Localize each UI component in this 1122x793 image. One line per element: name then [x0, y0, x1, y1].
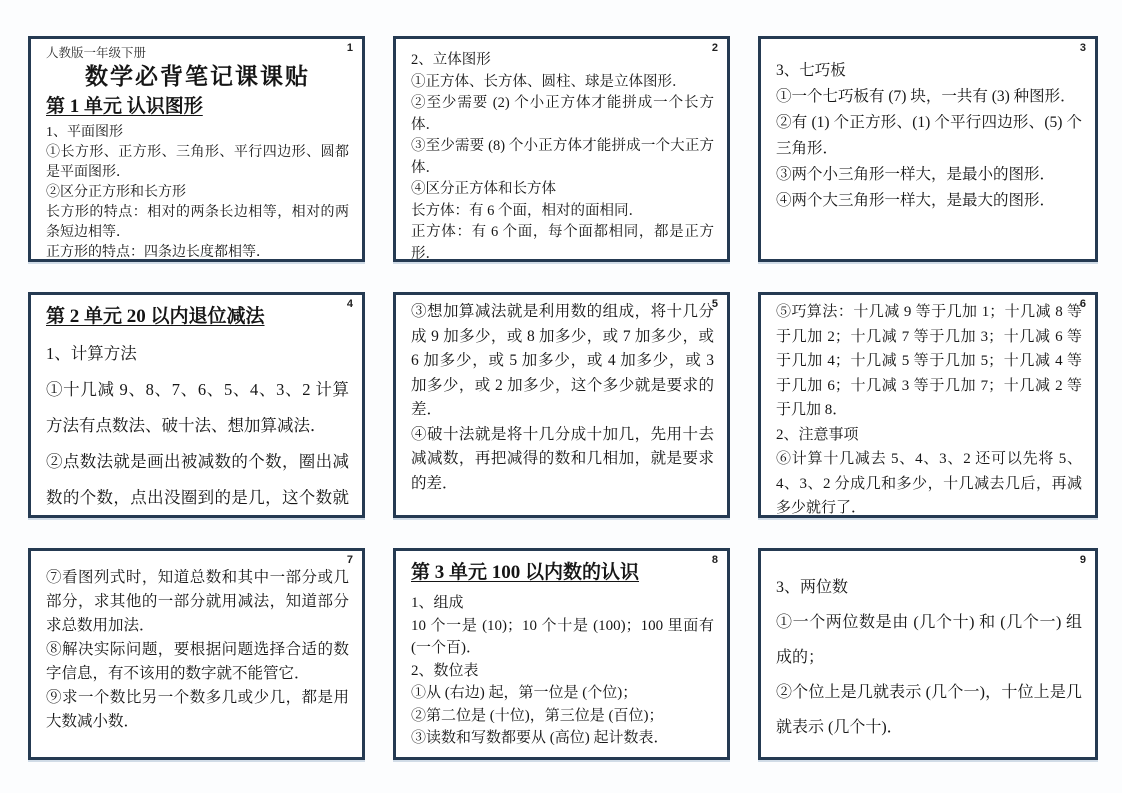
- text-line: ④破十法就是将十几分成十加几，先用十去减减数，再把减得的数和几相加，就是要求的差…: [411, 423, 714, 497]
- card-body: 1、组成10 个一是 (10)；10 个十是 (100)；100 里面有 (一个…: [411, 592, 714, 750]
- card-body: ⑤巧算法：十几减 9 等于几加 1；十几减 8 等于几加 2；十几减 7 等于几…: [776, 300, 1082, 518]
- page-number: 9: [1080, 554, 1086, 566]
- text-line: 1、计算方法: [46, 336, 349, 372]
- page-number: 4: [347, 298, 353, 310]
- text-line: 正方体：有 6 个面，每个面都相同，都是正方形．: [411, 222, 714, 262]
- text-line: ③想加算减法就是利用数的组成，将十几分成 9 加多少，或 8 加多少，或 7 加…: [411, 300, 714, 423]
- card-grid: 1 人教版一年级下册 数学必背笔记课课贴 第 1 单元 认识图形 1、平面图形①…: [0, 0, 1122, 760]
- text-line: 2、注意事项: [776, 423, 1082, 448]
- page-number: 6: [1080, 298, 1086, 310]
- note-card: 7 ⑦看图列式时，知道总数和其中一部分或几部分，求其他的一部分就用减法，知道部分…: [28, 548, 365, 760]
- text-line: ⑦看图列式时，知道总数和其中一部分或几部分，求其他的一部分就用减法，知道部分求总…: [46, 566, 349, 638]
- note-card: 5 ③想加算减法就是利用数的组成，将十几分成 9 加多少，或 8 加多少，或 7…: [393, 292, 730, 518]
- text-line: ②点数法就是画出被减数的个数，圈出减数的个数，点出没圈到的是几，这个数就是差．: [46, 444, 349, 518]
- note-card: 8 第 3 单元 100 以内数的认识 1、组成10 个一是 (10)；10 个…: [393, 548, 730, 760]
- unit-heading: 第 2 单元 20 以内退位减法: [46, 304, 349, 330]
- note-card: 1 人教版一年级下册 数学必背笔记课课贴 第 1 单元 认识图形 1、平面图形①…: [28, 36, 365, 262]
- note-card: 4 第 2 单元 20 以内退位减法 1、计算方法①十几减 9、8、7、6、5、…: [28, 292, 365, 518]
- text-line: ①一个七巧板有 (7) 块，一共有 (3) 种图形．: [776, 84, 1082, 110]
- text-line: ③两个小三角形一样大，是最小的图形．: [776, 162, 1082, 188]
- text-line: ①十几减 9、8、7、6、5、4、3、2 计算方法有点数法、破十法、想加算减法．: [46, 372, 349, 444]
- text-line: ①长方形、正方形、三角形、平行四边形、圆都是平面图形．: [46, 143, 349, 183]
- text-line: 10 个一是 (10)；10 个十是 (100)；100 里面有 (一个百)．: [411, 615, 714, 660]
- text-line: ③读数和写数都要从 (高位) 起计数表．: [411, 727, 714, 750]
- card-body: ⑦看图列式时，知道总数和其中一部分或几部分，求其他的一部分就用减法，知道部分求总…: [46, 556, 349, 734]
- text-line: ②有 (1) 个正方形、(1) 个平行四边形、(5) 个三角形．: [776, 110, 1082, 162]
- text-line: ①一个两位数是由 (几个十) 和 (几个一) 组成的；: [776, 605, 1082, 675]
- text-line: ②至少需要 (2) 个小正方体才能拼成一个长方体．: [411, 93, 714, 136]
- note-card: 3 3、七巧板①一个七巧板有 (7) 块，一共有 (3) 种图形．②有 (1) …: [758, 36, 1098, 262]
- edition-label: 人教版一年级下册: [46, 45, 349, 61]
- unit-heading: 第 1 单元 认识图形: [46, 94, 349, 120]
- page-number: 2: [712, 42, 718, 54]
- text-line: ②第二位是 (十位)，第三位是 (百位)；: [411, 705, 714, 728]
- text-line: 3、七巧板: [776, 58, 1082, 84]
- text-line: ②区分正方形和长方形: [46, 183, 349, 203]
- text-line: 3、两位数: [776, 570, 1082, 605]
- text-line: ④两个大三角形一样大，是最大的图形．: [776, 188, 1082, 214]
- page-number: 3: [1080, 42, 1086, 54]
- note-card: 9 3、两位数①一个两位数是由 (几个十) 和 (几个一) 组成的；②个位上是几…: [758, 548, 1098, 760]
- page-number: 5: [712, 298, 718, 310]
- text-line: 2、立体图形: [411, 50, 714, 72]
- text-line: 长方体：有 6 个面，相对的面相同．: [411, 201, 714, 223]
- text-line: ①正方体、长方体、圆柱、球是立体图形．: [411, 72, 714, 94]
- page-number: 1: [347, 42, 353, 54]
- text-line: 1、组成: [411, 592, 714, 615]
- page-number: 7: [347, 554, 353, 566]
- note-card: 6 ⑤巧算法：十几减 9 等于几加 1；十几减 8 等于几加 2；十几减 7 等…: [758, 292, 1098, 518]
- text-line: ⑥计算十几减去 5、4、3、2 还可以先将 5、4、3、2 分成几和多少，十几减…: [776, 447, 1082, 518]
- text-line: ①从 (右边) 起，第一位是 (个位)；: [411, 682, 714, 705]
- text-line: ⑤巧算法：十几减 9 等于几加 1；十几减 8 等于几加 2；十几减 7 等于几…: [776, 300, 1082, 423]
- card-body: 1、平面图形①长方形、正方形、三角形、平行四边形、圆都是平面图形．②区分正方形和…: [46, 123, 349, 262]
- text-line: 正方形的特点：四条边长度都相等．: [46, 243, 349, 262]
- text-line: ②个位上是几就表示 (几个一)，十位上是几就表示 (几个十)．: [776, 675, 1082, 745]
- card-body: 1、计算方法①十几减 9、8、7、6、5、4、3、2 计算方法有点数法、破十法、…: [46, 336, 349, 518]
- text-line: ④区分正方体和长方体: [411, 179, 714, 201]
- card-body: 3、七巧板①一个七巧板有 (7) 块，一共有 (3) 种图形．②有 (1) 个正…: [776, 44, 1082, 214]
- card-body: 2、立体图形①正方体、长方体、圆柱、球是立体图形．②至少需要 (2) 个小正方体…: [411, 44, 714, 262]
- text-line: ⑨求一个数比另一个数多几或少几，都是用大数减小数．: [46, 686, 349, 734]
- text-line: ③至少需要 (8) 个小正方体才能拼成一个大正方体．: [411, 136, 714, 179]
- card-body: ③想加算减法就是利用数的组成，将十几分成 9 加多少，或 8 加多少，或 7 加…: [411, 300, 714, 496]
- sheet-title: 数学必背笔记课课贴: [46, 62, 349, 92]
- text-line: 长方形的特点：相对的两条长边相等，相对的两条短边相等．: [46, 203, 349, 243]
- text-line: 2、数位表: [411, 660, 714, 683]
- note-card: 2 2、立体图形①正方体、长方体、圆柱、球是立体图形．②至少需要 (2) 个小正…: [393, 36, 730, 262]
- text-line: ⑧解决实际问题，要根据问题选择合适的数字信息，有不该用的数字就不能管它．: [46, 638, 349, 686]
- page-number: 8: [712, 554, 718, 566]
- text-line: 1、平面图形: [46, 123, 349, 143]
- unit-heading: 第 3 单元 100 以内数的认识: [411, 560, 714, 586]
- card-body: 3、两位数①一个两位数是由 (几个十) 和 (几个一) 组成的；②个位上是几就表…: [776, 556, 1082, 745]
- notes-sheet: 1 人教版一年级下册 数学必背笔记课课贴 第 1 单元 认识图形 1、平面图形①…: [0, 0, 1122, 793]
